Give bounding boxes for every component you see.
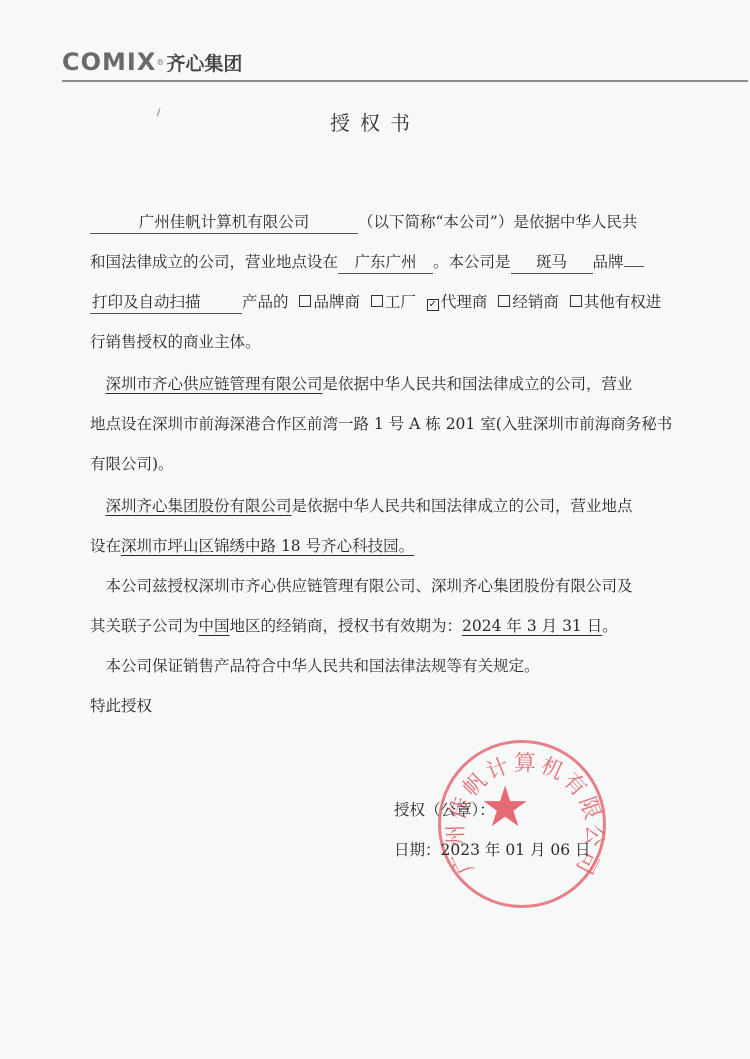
- paragraph-3: 深圳齐心集团股份有限公司是依据中华人民共和国法律成立的公司，营业地点 设在深圳市…: [90, 486, 720, 566]
- company-name-field: 广州佳帆计算机有限公司: [90, 211, 358, 234]
- text: 地区的经销商，授权书有效期为：: [230, 617, 463, 635]
- supply-chain-company: 深圳市齐心供应链管理有限公司: [106, 375, 323, 393]
- checkbox-brand-owner: [299, 295, 311, 307]
- paragraph-6: 特此授权: [90, 686, 720, 726]
- region: 中国: [199, 617, 230, 635]
- paragraph-1: 广州佳帆计算机有限公司（以下简称“本公司”）是依据中华人民共 和国法律成立的公司…: [90, 202, 720, 362]
- logo-latin: COMIX: [62, 48, 156, 76]
- checkbox-distributor: [498, 295, 510, 307]
- checkbox-label: 品牌商: [313, 293, 360, 311]
- signature-block: 授权（公章）： 日期：2023 年 01 月 06 日: [394, 790, 591, 870]
- checkbox-label: 代理商: [441, 293, 488, 311]
- checkbox-label: 经销商: [512, 293, 559, 311]
- group-company: 深圳齐心集团股份有限公司: [106, 497, 292, 515]
- date-value: 2023 年 01 月 06 日: [441, 841, 591, 859]
- text: 产品的: [242, 293, 289, 311]
- registered-mark: ®: [156, 58, 164, 67]
- group-address: 深圳市坪山区锦绣中路 18 号齐心科技园。: [121, 537, 414, 555]
- text: 本公司兹授权深圳市齐心供应链管理有限公司、深圳齐心集团股份有限公司及: [106, 577, 633, 595]
- text: 。本公司是: [433, 253, 511, 271]
- date-label: 日期：: [394, 841, 441, 859]
- text: 是依据中华人民共和国法律成立的公司，营业地点: [292, 497, 633, 515]
- text: 其关联子公司为: [90, 617, 199, 635]
- document-title: 授权书: [0, 107, 750, 136]
- brand-field-tail: [624, 266, 644, 267]
- checkbox-agent-checked: ✓: [427, 299, 439, 311]
- text: 是依据中华人民共和国法律成立的公司，营业: [323, 375, 633, 393]
- checkbox-other: [570, 295, 582, 307]
- date-line: 日期：2023 年 01 月 06 日: [394, 830, 591, 870]
- text: （以下简称“本公司”）是依据中华人民共: [358, 213, 637, 231]
- text: 和国法律成立的公司，营业地点设在: [90, 253, 338, 271]
- logo-chinese: 齐心集团: [166, 49, 242, 76]
- paragraph-5: 本公司保证销售产品符合中华人民共和国法律法规等有关规定。: [90, 646, 720, 686]
- text: 品牌: [593, 253, 624, 271]
- paragraph-2: 深圳市齐心供应链管理有限公司是依据中华人民共和国法律成立的公司，营业 地点设在深…: [90, 364, 720, 484]
- paragraph-4: 本公司兹授权深圳市齐心供应链管理有限公司、深圳齐心集团股份有限公司及 其关联子公…: [90, 566, 720, 646]
- text: 设在: [90, 537, 121, 555]
- text: 本公司保证销售产品符合中华人民共和国法律法规等有关规定。: [106, 657, 540, 675]
- text: 特此授权: [90, 697, 152, 715]
- company-logo: COMIX ® 齐心集团: [62, 48, 242, 76]
- text: 地点设在深圳市前海深港合作区前湾一路 1 号 A 栋 201 室(入驻深圳市前海…: [90, 415, 672, 433]
- product-field: 打印及自动扫描: [90, 291, 242, 314]
- text: 行销售授权的商业主体。: [90, 333, 261, 351]
- document-body: 广州佳帆计算机有限公司（以下简称“本公司”）是依据中华人民共 和国法律成立的公司…: [90, 202, 720, 726]
- location-field: 广东广州: [338, 251, 433, 274]
- text: 有限公司)。: [90, 455, 174, 473]
- brand-field: 斑马: [511, 251, 593, 274]
- checkbox-factory: [371, 295, 383, 307]
- text: 。: [602, 617, 618, 635]
- checkbox-label: 其他有权进: [584, 293, 662, 311]
- expiry-date: 2024 年 3 月 31 日: [462, 617, 602, 635]
- seal-label: 授权（公章）：: [394, 790, 591, 830]
- header-divider: [62, 80, 748, 82]
- checkbox-label: 工厂: [385, 293, 416, 311]
